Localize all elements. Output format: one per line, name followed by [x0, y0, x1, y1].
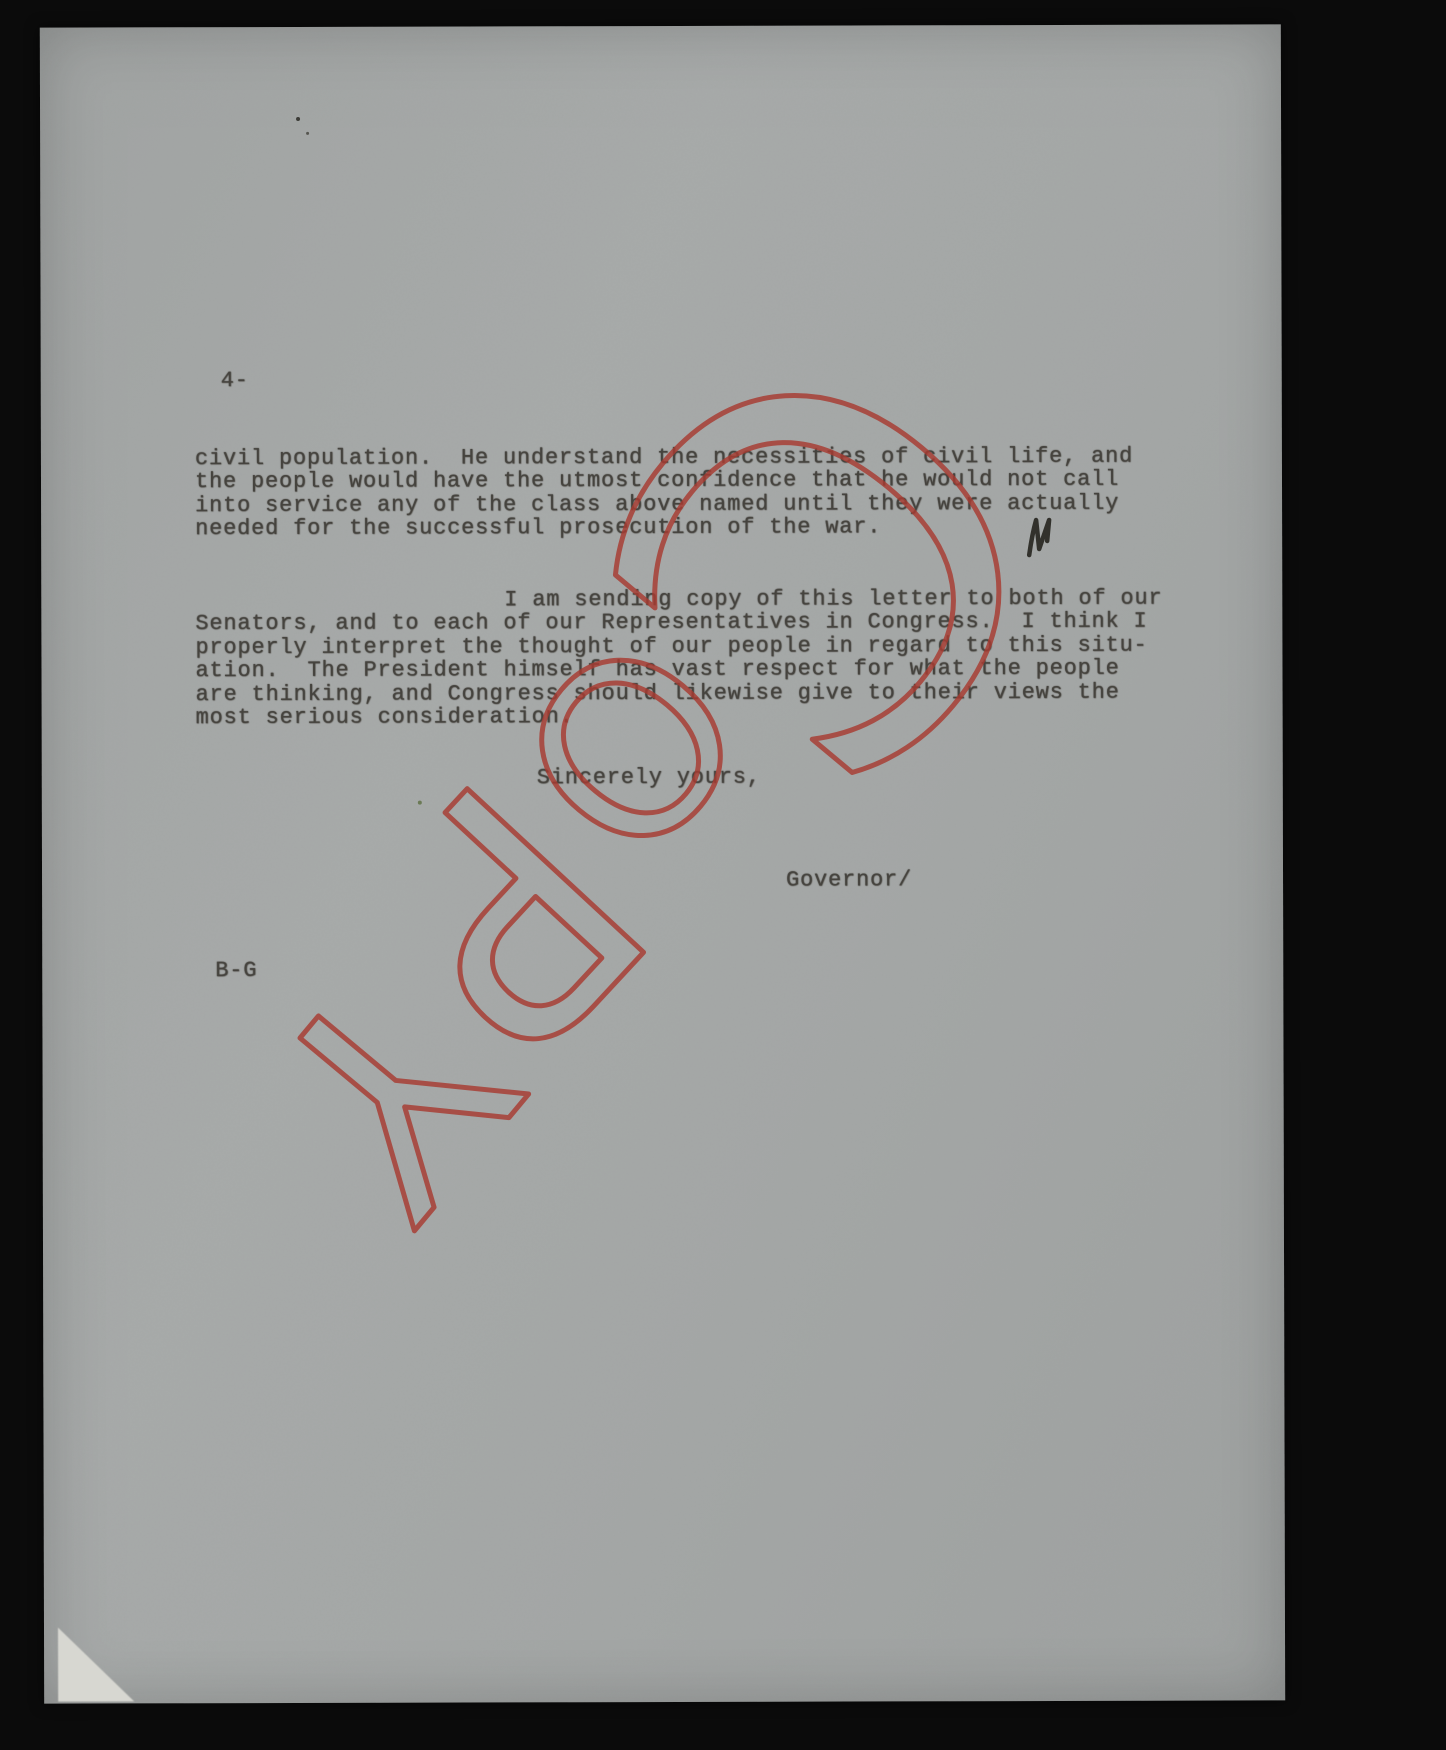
- paragraph-line: ation. The President himself has vast re…: [195, 657, 1185, 683]
- copy-stamp: C O P Y: [40, 24, 1285, 1703]
- paper-speck: [418, 801, 422, 805]
- paper-speck: [306, 132, 309, 135]
- paper-speck: [296, 117, 300, 121]
- body-paragraph-2: I am sending copy of this letter to both…: [195, 587, 1185, 730]
- paper-texture: [40, 24, 1285, 1703]
- closing-salutation: Sincerely yours,: [537, 766, 761, 790]
- pen-mark-icon: [1025, 515, 1059, 561]
- scan-background: { "page": { "number": "4-", "paragraphs"…: [0, 0, 1446, 1750]
- paragraph-line: are thinking, and Congress should likewi…: [196, 680, 1186, 706]
- paragraph-line: most serious consideration.: [196, 704, 1186, 730]
- signature-title: Governor/: [786, 868, 912, 892]
- typist-initials: B-G: [215, 959, 257, 983]
- letter-paper: 4- civil population. He understand the n…: [40, 24, 1285, 1703]
- paragraph-line: into service any of the class above name…: [195, 491, 1185, 517]
- page-number: 4-: [221, 369, 249, 392]
- folded-corner: [58, 1627, 134, 1701]
